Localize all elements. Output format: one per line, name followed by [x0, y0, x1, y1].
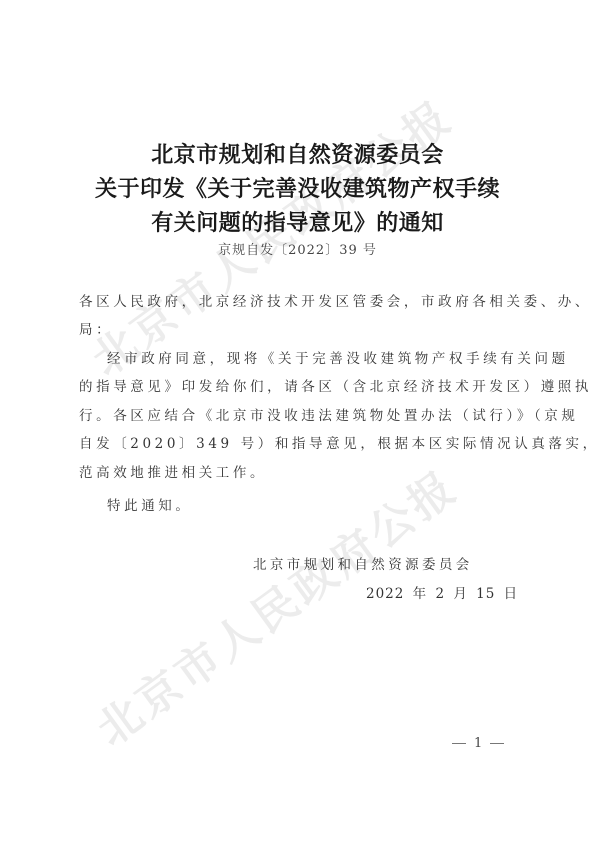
title-line-2: 关于印发《关于完善没收建筑物产权手续 — [0, 172, 595, 203]
title-line-1: 北京市规划和自然资源委员会 — [0, 138, 595, 169]
body-line: 自发〔2020〕349 号）和指导意见，根据本区实际情况认真落实，规 — [79, 432, 519, 452]
body-line-closing: 特此通知。 — [107, 494, 547, 514]
body-line: 行。各区应结合《北京市没收违法建筑物处置办法（试行）》（京规 — [79, 404, 519, 424]
body-line: 的指导意见》印发给你们，请各区（含北京经济技术开发区）遵照执 — [79, 375, 519, 395]
document-content: 北京市规划和自然资源委员会 关于印发《关于完善没收建筑物产权手续 有关问题的指导… — [0, 0, 595, 842]
body-line-addressee-cont: 局： — [79, 318, 519, 338]
signing-date: 2022 年 2 月 15 日 — [366, 582, 518, 602]
document-number: 京规自发〔2022〕39 号 — [0, 239, 595, 258]
body-line-paragraph-start: 经市政府同意，现将《关于完善没收建筑物产权手续有关问题 — [107, 347, 547, 367]
title-line-3: 有关问题的指导意见》的通知 — [0, 206, 595, 237]
page-number: 1 — [474, 736, 482, 751]
body-line: 范高效地推进相关工作。 — [79, 461, 519, 481]
dash-left — [452, 743, 466, 744]
page-number-footer: 1 — [452, 736, 504, 751]
document-page: 北京市人民政府公报 北京市人民政府公报 北京市规划和自然资源委员会 关于印发《关… — [0, 0, 595, 842]
dash-right — [490, 743, 504, 744]
signer: 北京市规划和自然资源委员会 — [253, 553, 473, 573]
body-line-addressee: 各区人民政府，北京经济技术开发区管委会，市政府各相关委、办、 — [79, 290, 519, 310]
